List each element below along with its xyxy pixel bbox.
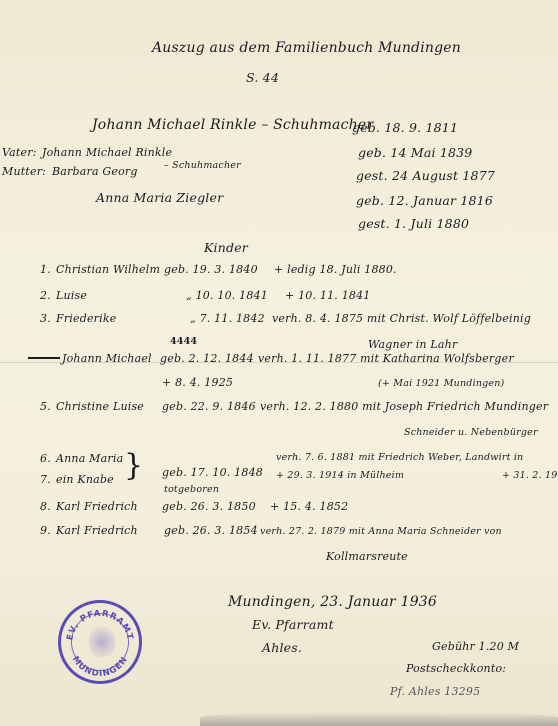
father-name: Johann Michael Rinkle [42,146,172,159]
child-number: 7. [40,473,51,486]
child-name: Christian Wilhelm [56,263,160,276]
child-born: geb. 26. 3. 1850 [162,500,256,513]
wife-birth: geb. 12. Januar 1816 [356,193,493,208]
child-name: Christine Luise [56,400,144,413]
child-number: 8. [40,500,51,513]
child-event: + 29. 3. 1914 in Mülheim [276,470,404,481]
mother-name: Barbara Georg [52,165,138,178]
child-event-continued: Kollmarsreute [326,550,408,563]
child-name: ein Knabe [56,473,114,486]
child-number: 9. [40,524,51,537]
child-event: verh. 12. 2. 1880 mit Joseph Friedrich M… [260,400,548,413]
child-event: + 15. 4. 1852 [270,500,348,513]
child-event: verh. 7. 6. 1881 mit Friedrich Weber, La… [276,452,523,463]
wife-death: gest. 1. Juli 1880 [358,216,469,231]
brace-mark: } [124,448,143,483]
child-name: Luise [56,289,87,302]
document-title: Auszug aus dem Familienbuch Mundingen [152,40,461,56]
child-event: verh. 8. 4. 1875 mit Christ. Wolf Löffel… [272,312,531,325]
svg-text:EV. PFARRAMT: EV. PFARRAMT [65,609,135,642]
fee-note: Gebühr 1.20 M [432,640,519,653]
stamp-text-ring: EV. PFARRAMT MUNDINGEN [58,600,142,684]
child-name: Friederike [56,312,116,325]
child-event-continued: (+ Mai 1921 Mundingen) [378,378,504,389]
head-of-family-birth: geb. 18. 9. 1811 [352,120,458,135]
postal-account-label: Postscheckkonto: [406,662,506,675]
child-number: 1. [40,263,51,276]
father-label: Vater: [2,146,37,159]
children-heading: Kinder [204,240,248,255]
pastor-signature: Ahles. [262,640,302,655]
child-born: geb. 22. 9. 1846 [162,400,256,413]
child-death: + 8. 4. 1925 [162,376,233,389]
child-born: geb. 2. 12. 1844 [160,352,254,365]
child-born: geb. 19. 3. 1840 [164,263,258,276]
child-event-continued: Wagner in Lahr [368,338,457,351]
child-name: Karl Friedrich [56,524,138,537]
child-number: 6. [40,452,51,465]
child-born: geb. 17. 10. 1848 [162,466,263,479]
child-born: geb. 26. 3. 1854 [164,524,258,537]
child-number: 3. [40,312,51,325]
office-signature: Ev. Pfarramt [252,617,334,632]
child-born-note: totgeboren [164,484,219,495]
correction-mark: 4444 [170,336,197,347]
wife-name: Anna Maria Ziegler [96,190,223,205]
child-name: Anna Maria [56,452,123,465]
father-dates: geb. 14 Mai 1839 [358,145,472,160]
mother-dates: gest. 24 August 1877 [356,168,495,183]
parish-stamp: EV. PFARRAMT MUNDINGEN [58,600,142,684]
child-event: + ledig 18. Juli 1880. [274,263,397,276]
child-number: 5. [40,400,51,413]
child-event: + 10. 11. 1841 [285,289,371,302]
svg-text:MUNDINGEN: MUNDINGEN [70,655,130,680]
mother-label: Mutter: [2,165,46,178]
child-event-continued: Schneider u. Nebenbürger [404,427,538,438]
child-born: „ 10. 10. 1841 [186,289,268,302]
child-event: verh. 27. 2. 1879 mit Anna Maria Schneid… [260,526,502,537]
child-number: 2. [40,289,51,302]
mother-note: – Schuhmacher [164,160,241,171]
postal-account-number: Pf. Ahles 13295 [390,685,480,698]
page-reference: S. 44 [246,70,279,85]
child-born: „ 7. 11. 1842 [190,312,265,325]
bottom-edge-shadow [200,712,558,726]
child-event: verh. 1. 11. 1877 mit Katharina Wolfsber… [258,352,514,365]
place-date: Mundingen, 23. Januar 1936 [228,594,437,610]
child-name: Karl Friedrich [56,500,138,513]
head-of-family-name: Johann Michael Rinkle – Schuhmacher [92,117,373,133]
strikethrough-mark [28,357,60,359]
child-name: Johann Michael [62,352,152,365]
child-event-continued: + 31. 2. 1913 [502,470,558,481]
